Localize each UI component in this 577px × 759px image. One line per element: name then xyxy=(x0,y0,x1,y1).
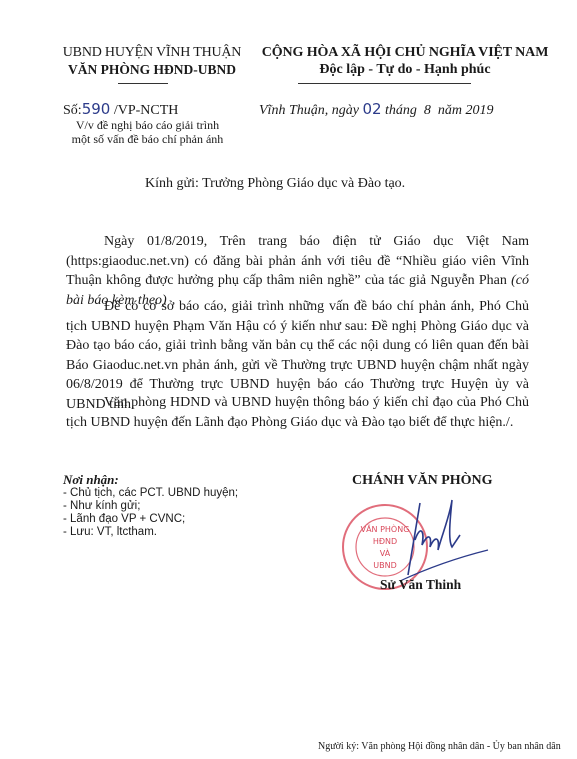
handwritten-signature-icon xyxy=(380,495,490,585)
subject: V/v đề nghị báo cáo giải trình một số vấ… xyxy=(50,118,245,146)
digital-signature-note: Người ký: Văn phòng Hội đồng nhân dân - … xyxy=(318,741,561,753)
divider-right xyxy=(298,83,471,84)
issue-date: Vĩnh Thuận, ngày 02 tháng 8 năm 2019 xyxy=(259,100,494,119)
issuing-agency: UBND HUYỆN VĨNH THUẬN VĂN PHÒNG HĐND-UBN… xyxy=(52,44,252,78)
recipients-title: Nơi nhận: xyxy=(63,472,238,487)
national-motto: CỘNG HÒA XÃ HỘI CHỦ NGHĨA VIỆT NAM Độc l… xyxy=(245,44,565,78)
recipients-list: Nơi nhận: - Chủ tịch, các PCT. UBND huyệ… xyxy=(63,472,238,539)
recipient-item: - Lưu: VT, ltctham. xyxy=(63,526,238,539)
handwritten-day: 02 xyxy=(362,100,381,118)
district-name: UBND HUYỆN VĨNH THUẬN xyxy=(52,44,252,61)
motto: Độc lập - Tự do - Hạnh phúc xyxy=(245,61,565,78)
divider-left xyxy=(118,83,168,84)
country-name: CỘNG HÒA XÃ HỘI CHỦ NGHĨA VIỆT NAM xyxy=(245,44,565,61)
signer-title: CHÁNH VĂN PHÒNG xyxy=(352,473,493,489)
recipient-item: - Chủ tịch, các PCT. UBND huyện; xyxy=(63,487,238,500)
recipient-item: - Như kính gửi; xyxy=(63,500,238,513)
document-number: Số:590 /VP-NCTH xyxy=(63,100,178,119)
handwritten-number: 590 xyxy=(82,100,111,118)
signer-name: Sử Văn Thinh xyxy=(380,577,461,593)
recipient-item: - Lãnh đạo VP + CVNC; xyxy=(63,513,238,526)
addressee: Kính gửi: Trưởng Phòng Giáo dục và Đào t… xyxy=(145,176,405,192)
paragraph-3: Văn phòng HDND và UBND huyện thông báo ý… xyxy=(66,393,529,432)
office-name: VĂN PHÒNG HĐND-UBND xyxy=(52,61,252,78)
